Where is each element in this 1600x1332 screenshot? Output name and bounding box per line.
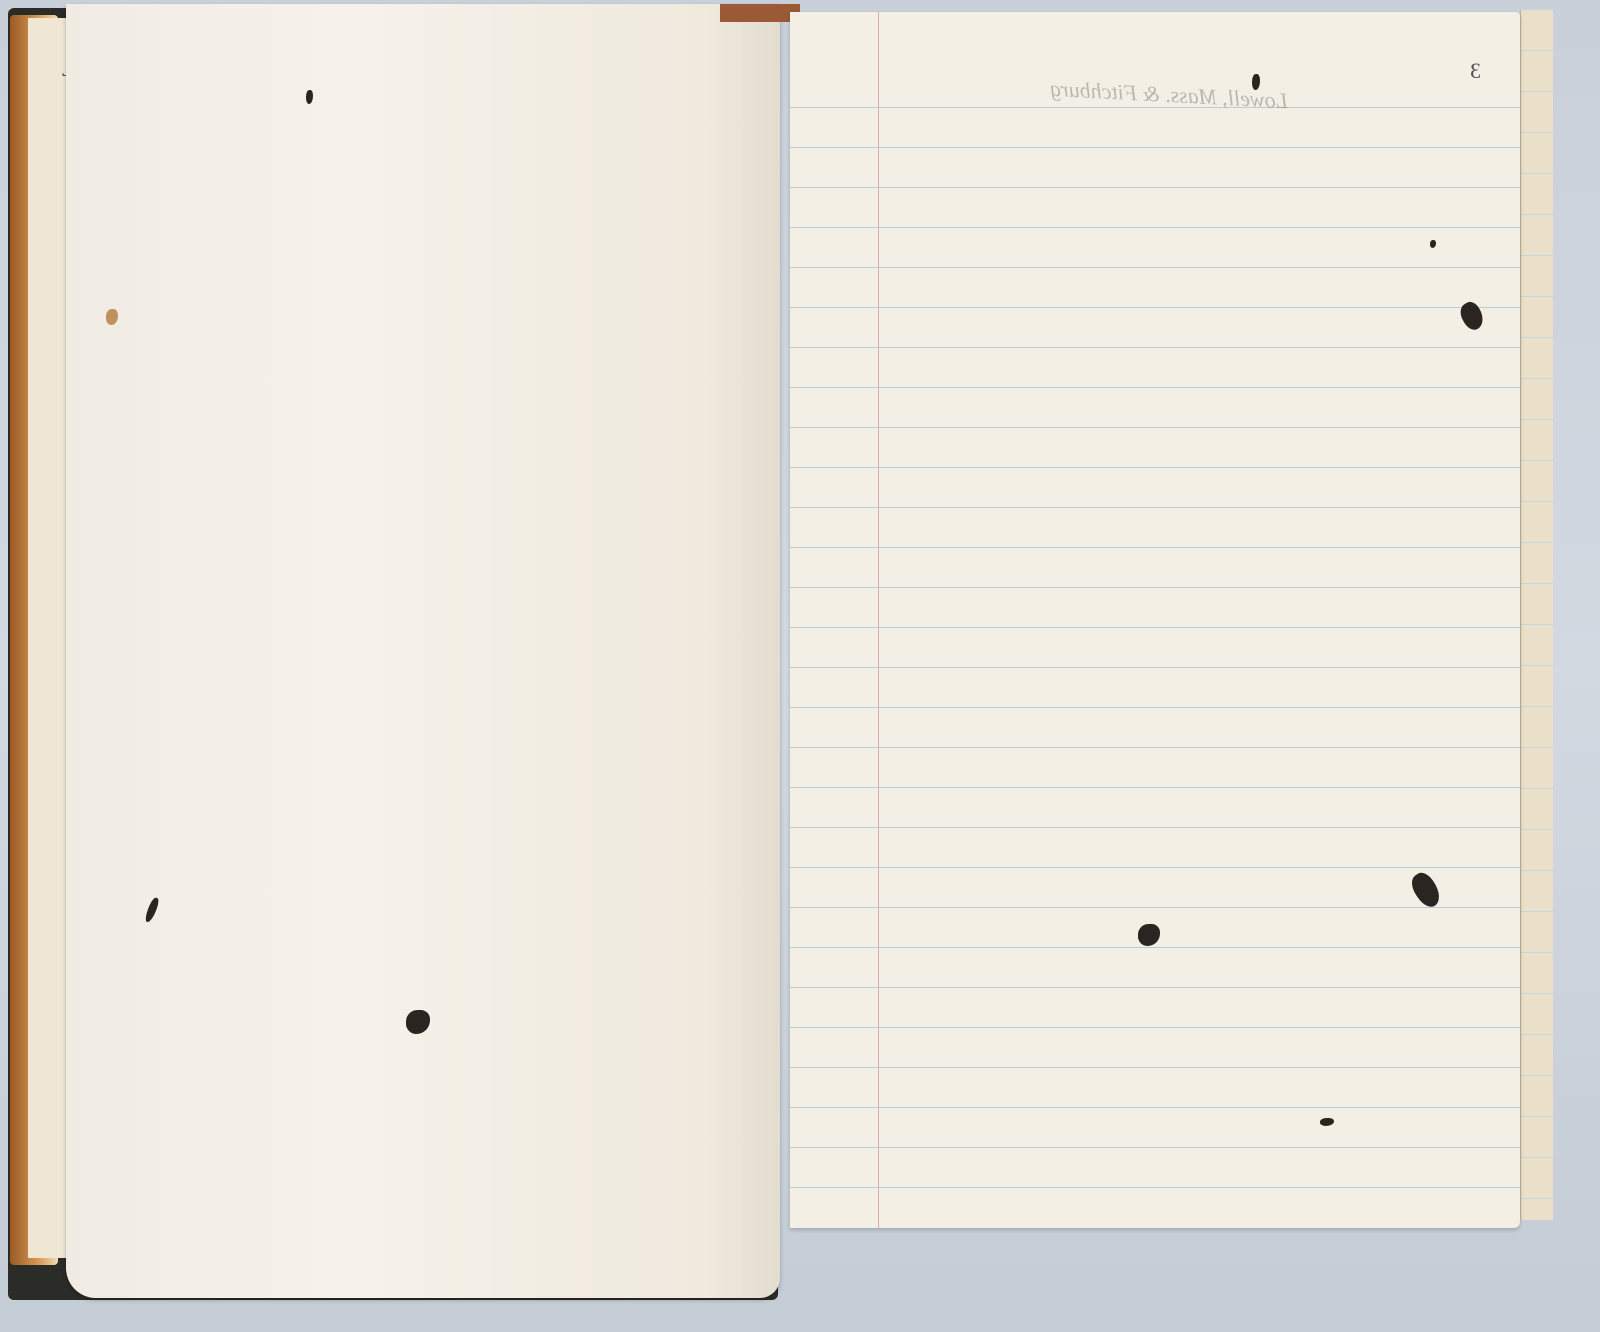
- ruled-line: [790, 1067, 1520, 1068]
- ink-spot: [1430, 240, 1436, 248]
- right-page-stack: [1520, 10, 1553, 1220]
- spine-top: [720, 4, 800, 22]
- ruled-line: [790, 467, 1520, 468]
- ink-spot: [144, 896, 160, 923]
- ruled-line: [790, 587, 1520, 588]
- ruled-line: [790, 307, 1520, 308]
- ruled-line: [790, 147, 1520, 148]
- ruled-line: [790, 267, 1520, 268]
- ink-spot: [1407, 869, 1446, 911]
- ruled-line: [790, 827, 1520, 828]
- ruled-line: [790, 667, 1520, 668]
- ruled-line: [790, 627, 1520, 628]
- ink-spot: [1320, 1118, 1334, 1126]
- ruled-line: [790, 387, 1520, 388]
- ink-spot: [1138, 924, 1160, 946]
- ruled-line: [790, 787, 1520, 788]
- ruled-line: [790, 907, 1520, 908]
- ruled-line: [790, 707, 1520, 708]
- ruled-line: [790, 947, 1520, 948]
- ruled-line: [790, 747, 1520, 748]
- ruled-line: [790, 867, 1520, 868]
- ink-spot: [1456, 299, 1487, 333]
- right-page: Ɛ Lowell, Mass. & Fitchburg: [790, 12, 1520, 1228]
- page-number: Ɛ: [1470, 58, 1481, 84]
- ruled-line: [790, 1107, 1520, 1108]
- ruled-line: [790, 1147, 1520, 1148]
- ink-spot: [406, 1010, 430, 1034]
- ink-spot: [306, 90, 313, 104]
- left-page: [66, 4, 780, 1298]
- ruled-line: [790, 427, 1520, 428]
- ruled-line: [790, 507, 1520, 508]
- ruled-line: [790, 347, 1520, 348]
- ruled-line: [790, 547, 1520, 548]
- ruled-line: [790, 227, 1520, 228]
- ruled-line: [790, 187, 1520, 188]
- ruled-line: [790, 1027, 1520, 1028]
- margin-line: [878, 12, 879, 1228]
- ruled-line: [790, 1187, 1520, 1188]
- ink-spot: [106, 309, 118, 325]
- ruled-line: [790, 987, 1520, 988]
